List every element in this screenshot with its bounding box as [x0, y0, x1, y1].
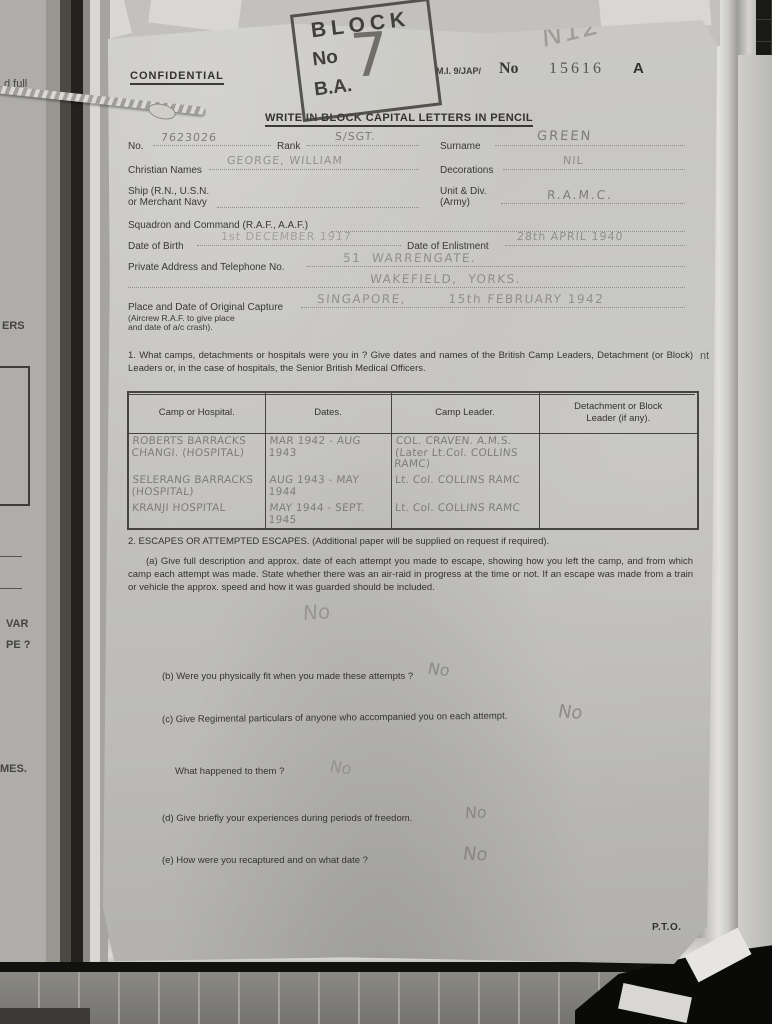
answer-c2: No — [328, 757, 354, 779]
cell-leader-2: Lt. Col. COLLINS RAMC — [391, 473, 539, 501]
field-unit-label-line2: (Army) — [440, 197, 470, 208]
question2-heading: 2. ESCAPES OR ATTEMPTED ESCAPES. (Additi… — [128, 536, 693, 549]
confidential-text: CONFIDENTIAL — [130, 70, 224, 85]
ref-suffix-letter: A — [633, 60, 644, 77]
field-unit-label-line1: Unit & Div. — [440, 186, 487, 197]
right-underlying-page — [738, 55, 772, 955]
handwritten-entry: AUG 1943 - MAY 1944 — [268, 475, 389, 498]
table-row: SELERANG BARRACKS (HOSPITAL) AUG 1943 - … — [128, 473, 698, 501]
edge-text-fragment: MES. — [0, 763, 27, 775]
left-page-stack-binding — [0, 0, 110, 1012]
field-ship-line — [217, 192, 419, 208]
field-decorations-value: NIL — [563, 154, 585, 167]
answer-e: No — [462, 844, 489, 866]
field-enlistment-value: 28th APRIL 1940 — [517, 230, 624, 243]
confidential-label: CONFIDENTIAL — [130, 70, 224, 82]
edge-text-fragment: nt — [700, 350, 709, 362]
cell-detachment-1 — [539, 434, 698, 473]
stamp-ba-text: B.A. — [313, 75, 353, 101]
ref-no-label: No — [499, 60, 519, 78]
field-no-line: 7623026 — [153, 130, 271, 146]
field-decorations-line: NIL — [503, 154, 685, 170]
mi9-ref-prefix: M.I. 9/JAP/ — [436, 66, 481, 76]
cell-dates-1: MAR 1942 - AUG 1943 — [265, 434, 391, 473]
field-address-line2: WAKEFIELD, YORKS. — [128, 272, 685, 288]
edge-text-fragment: PE ? — [6, 639, 30, 651]
cell-detachment-2 — [539, 473, 698, 501]
field-decorations-label: Decorations — [440, 165, 493, 176]
stamp-no-label: No — [311, 46, 339, 71]
field-unit-line: R.A.M.C. — [501, 188, 685, 204]
question2a-text: (a) Give full description and approx. da… — [128, 556, 693, 594]
field-christian-value: GEORGE, WILLIAM — [227, 154, 344, 167]
field-address-value2: WAKEFIELD, YORKS. — [370, 272, 522, 286]
field-christian-line: GEORGE, WILLIAM — [209, 154, 419, 170]
scanned-document-photo: d full ERS VAR PE ? MES. nt CONFIDENTIAL… — [0, 0, 772, 1024]
question2b-text: (b) Were you physically fit when you mad… — [162, 671, 582, 684]
pto-label: P.T.O. — [652, 922, 682, 933]
field-dob-line: 1st DECEMBER 1917 — [197, 230, 401, 246]
field-surname-label: Surname — [440, 141, 481, 152]
answer-a: No — [303, 599, 331, 625]
cell-camp-3: KRANJI HOSPITAL — [128, 501, 265, 529]
field-rank-label: Rank — [277, 141, 300, 152]
edge-box-outline-fragment — [0, 366, 30, 506]
question1-text: 1. What camps, detachments or hospitals … — [128, 350, 693, 376]
block-number-stamp: BLOCK No B.A. 7 — [290, 0, 442, 122]
field-address-value1: 51 WARRENGATE. — [343, 251, 477, 265]
handwritten-entry: Lt. Col. COLLINS RAMC — [394, 475, 536, 487]
handwritten-entry: Lt. Col. COLLINS RAMC — [394, 503, 536, 515]
edge-line-fragment — [0, 588, 22, 589]
question2d-text: (d) Give briefly your experiences during… — [162, 813, 582, 826]
question2c-text: (c) Give Regimental particulars of anyon… — [162, 710, 602, 727]
table-header-row: Camp or Hospital. Dates. Camp Leader. De… — [128, 392, 698, 434]
field-capture-sublabel2: and date of a/c crash). — [128, 322, 213, 332]
field-ship-label-line1: Ship (R.N., U.S.N. — [128, 186, 209, 197]
cell-detachment-3 — [539, 501, 698, 529]
table-top-rule — [129, 394, 695, 395]
camps-table: Camp or Hospital. Dates. Camp Leader. De… — [127, 391, 697, 530]
answer-c: No — [556, 701, 584, 724]
field-rank-line: S/SGT. — [307, 130, 419, 146]
edge-text-fragment: ERS — [2, 320, 25, 332]
cell-camp-1: ROBERTS BARRACKS CHANGI. (HOSPITAL) — [128, 434, 265, 473]
edge-line-fragment — [0, 556, 22, 557]
answer-b: No — [426, 659, 452, 680]
field-rank-value: S/SGT. — [335, 130, 377, 143]
handwritten-entry: ROBERTS BARRACKS CHANGI. (HOSPITAL) — [131, 436, 262, 459]
stamp-handwritten-number: 7 — [348, 19, 391, 91]
floor-shadow — [0, 1008, 90, 1024]
field-surname-line: GREEN — [495, 130, 685, 146]
field-dob-value: 1st DECEMBER 1917 — [221, 230, 353, 243]
field-enlistment-line: 28th APRIL 1940 — [505, 230, 685, 246]
field-surname-value: GREEN — [536, 129, 592, 144]
answer-d: No — [465, 802, 488, 822]
field-unit-value: R.A.M.C. — [547, 188, 614, 202]
field-no-value: 7623026 — [161, 131, 218, 144]
cell-dates-3: MAY 1944 - SEPT. 1945 — [265, 501, 391, 529]
col-header-camp: Camp or Hospital. — [128, 392, 265, 434]
question2e-text: (e) How were you recaptured and on what … — [162, 855, 582, 868]
questionnaire-page: CONFIDENTIAL M.I. 9/JAP/ No 15616 A N12 … — [103, 20, 717, 964]
field-address-line1: 51 WARRENGATE. — [307, 251, 685, 267]
question2c2-text: What happened to them ? — [175, 766, 284, 779]
field-capture-value: SINGAPORE, 15th FEBRUARY 1942 — [317, 292, 605, 306]
cell-dates-2: AUG 1943 - MAY 1944 — [265, 473, 391, 501]
col-header-dates: Dates. — [265, 392, 391, 434]
cell-leader-3: Lt. Col. COLLINS RAMC — [391, 501, 539, 529]
col-header-detachment: Detachment or Block Leader (if any). — [539, 392, 698, 434]
handwritten-entry: SELERANG BARRACKS (HOSPITAL) — [131, 475, 262, 498]
cell-camp-2: SELERANG BARRACKS (HOSPITAL) — [128, 473, 265, 501]
edge-text-fragment: VAR — [6, 618, 28, 630]
table-row: ROBERTS BARRACKS CHANGI. (HOSPITAL) MAR … — [128, 434, 698, 473]
table-row: KRANJI HOSPITAL MAY 1944 - SEPT. 1945 Lt… — [128, 501, 698, 529]
field-capture-line: SINGAPORE, 15th FEBRUARY 1942 — [301, 292, 685, 308]
field-dob-label: Date of Birth — [128, 241, 184, 252]
ref-number: 15616 — [549, 60, 604, 78]
field-capture-label: Place and Date of Original Capture — [128, 302, 283, 313]
handwritten-entry: MAR 1942 - AUG 1943 — [268, 436, 389, 459]
field-christian-label: Christian Names — [128, 165, 202, 176]
field-no-label: No. — [128, 141, 144, 152]
col-header-leader: Camp Leader. — [391, 392, 539, 434]
tiled-floor — [0, 972, 655, 1024]
handwritten-entry: MAY 1944 - SEPT. 1945 — [268, 503, 389, 526]
handwritten-entry: COL. CRAVEN. A.M.S. (Later Lt.Col. COLLI… — [393, 436, 536, 471]
handwritten-entry: KRANJI HOSPITAL — [132, 503, 262, 515]
field-ship-label-line2: or Merchant Navy — [128, 197, 207, 208]
cell-leader-1: COL. CRAVEN. A.M.S. (Later Lt.Col. COLLI… — [391, 434, 539, 473]
